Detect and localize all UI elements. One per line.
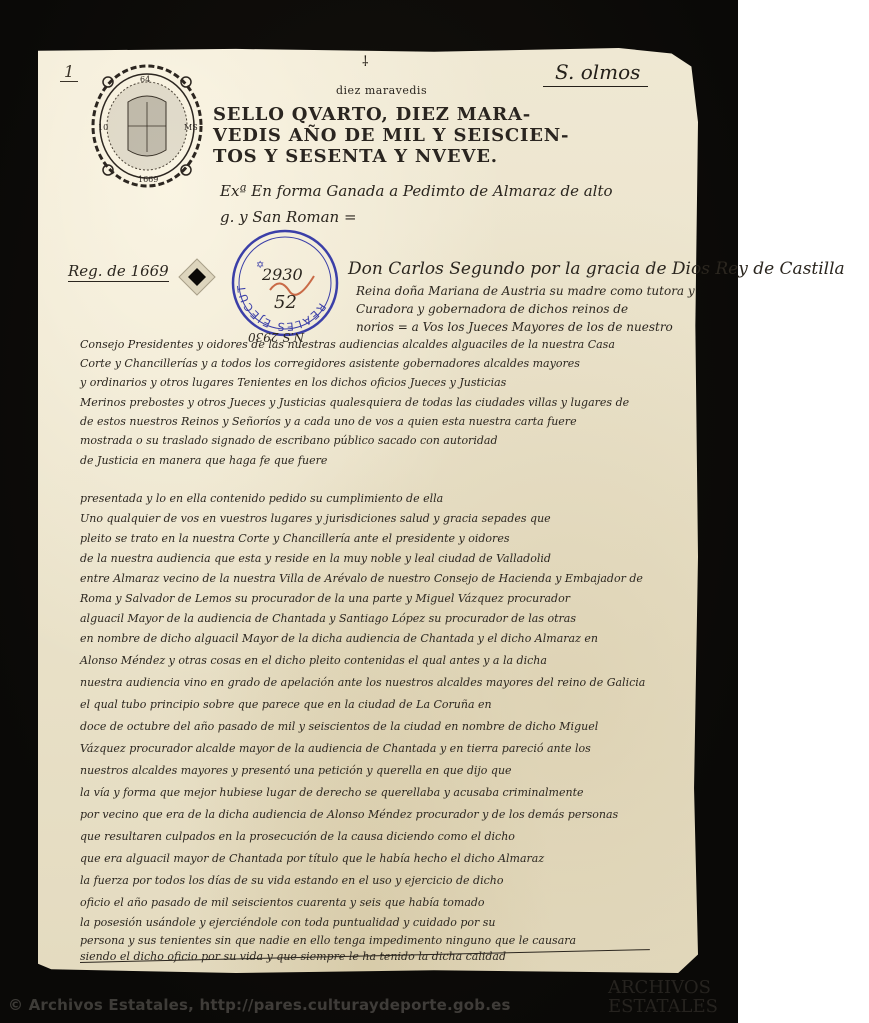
body-line-30: la fuerza por todos los días de su vida … [80, 872, 503, 890]
body-line-7: y ordinarios y otros lugares Tenientes e… [80, 374, 506, 392]
stamp-pencil-mark: 52 [274, 292, 297, 313]
body-line-12: presentada y lo en ella contenido pedido… [80, 490, 443, 508]
seal-year: 1669 [138, 175, 158, 184]
body-line-4: norios = a Vos los Jueces Mayores de los… [356, 318, 673, 336]
header-line-2: VEDIS AÑO DE MIL Y SEISCIEN- [213, 125, 553, 146]
body-line-27: por vecino que era de la dicha audiencia… [80, 806, 618, 824]
body-line-16: entre Almaraz vecino de la nuestra Villa… [80, 570, 643, 588]
body-line-6: Corte y Chancillerías y a todos los corr… [80, 355, 580, 373]
scribe-signature: S. olmos [555, 60, 640, 84]
body-line-20: Alonso Méndez y otras cosas en el dicho … [80, 652, 547, 670]
folio-number: 1 [60, 62, 78, 82]
body-line-19: en nombre de dicho alguacil Mayor de la … [80, 630, 598, 648]
body-line-9: de estos nuestros Reinos y Señoríos y a … [80, 413, 577, 431]
body-line-28: que resultaren culpados en la prosecució… [80, 828, 515, 846]
body-line-25: nuestros alcaldes mayores y presentó una… [80, 762, 512, 780]
body-line-10: mostrada o su traslado signado de escrib… [80, 432, 497, 450]
body-line-14: pleito se trato en la nuestra Corte y Ch… [80, 530, 509, 548]
reales-ejecutorias-stamp-icon: REALES EJECUTORIAS ✡ 2930 52 [230, 228, 340, 338]
logo-line-2: ESTATALES [608, 997, 736, 1016]
body-line-1: Don Carlos Segundo por la gracia de Dios… [348, 260, 845, 278]
body-line-31: oficio el año pasado de mil seiscientos … [80, 894, 485, 912]
body-line-17: Roma y Salvador de Lemos su procurador d… [80, 590, 570, 608]
registry-note: Reg. de 1669 [68, 262, 169, 282]
body-line-22: el qual tubo principio sobre que parece … [80, 696, 492, 714]
printed-stamp-header: SELLO QVARTO, DIEZ MARA- VEDIS AÑO DE MI… [213, 104, 553, 167]
signature-text: S. olmos [555, 60, 640, 84]
body-line-15: de la nuestra audiencia que esta y resid… [80, 550, 551, 568]
seal-number-right: MS [184, 123, 198, 132]
punch-hole-icon [178, 258, 216, 296]
logo-line-1: ARCHIVOS [608, 978, 736, 997]
body-line-2: Reina doña Mariana de Austria su madre c… [356, 282, 695, 300]
body-line-21: nuestra audiencia vino en grado de apela… [80, 674, 645, 692]
subheader-line-1: Exª En forma Ganada a Pedimto de Almaraz… [220, 182, 613, 200]
seal-number-left: 10 [98, 123, 108, 132]
copyright-watermark: © Archivos Estatales, http://pares.cultu… [8, 996, 511, 1014]
body-line-26: la vía y forma que mejor hubiese lugar d… [80, 784, 584, 802]
body-line-3: Curadora y gobernadora de dichos reinos … [356, 300, 628, 318]
image-viewer-canvas: 1 ⸸ 64 10 MS 1669 diez maravedis SELLO Q… [0, 0, 738, 1023]
body-line-8: Merinos prebostes y otros Jueces y Justi… [80, 394, 629, 412]
stamp-number: 2930 [261, 265, 303, 284]
seal-number-top: 64 [140, 75, 150, 84]
body-line-24: Vázquez procurador alcalde mayor de la a… [80, 740, 591, 758]
header-line-1: SELLO QVARTO, DIEZ MARA- [213, 104, 553, 125]
price-line: diez maravedis [336, 84, 427, 97]
subheader-line-2: g. y San Roman = [220, 208, 357, 226]
signature-underline [543, 86, 648, 87]
body-line-18: alguacil Mayor de la audiencia de Chanta… [80, 610, 576, 628]
archivos-estatales-logo: ARCHIVOS ESTATALES [608, 978, 736, 1018]
cross-mark: ⸸ [362, 52, 369, 71]
body-line-5: Consejo Presidentes y oidores de las nue… [80, 336, 615, 354]
royal-seal-icon: 64 10 MS 1669 [88, 62, 206, 190]
body-line-11: de Justicia en manera que haga fe que fu… [80, 452, 327, 470]
header-line-3: TOS Y SESENTA Y NVEVE. [213, 146, 553, 167]
body-line-13: Uno qualquier de vos en vuestros lugares… [80, 510, 551, 528]
body-line-23: doce de octubre del año pasado de mil y … [80, 718, 598, 736]
body-line-29: que era alguacil mayor de Chantada por t… [80, 850, 544, 868]
body-line-32: la posesión usándole y ejerciéndole con … [80, 914, 496, 932]
